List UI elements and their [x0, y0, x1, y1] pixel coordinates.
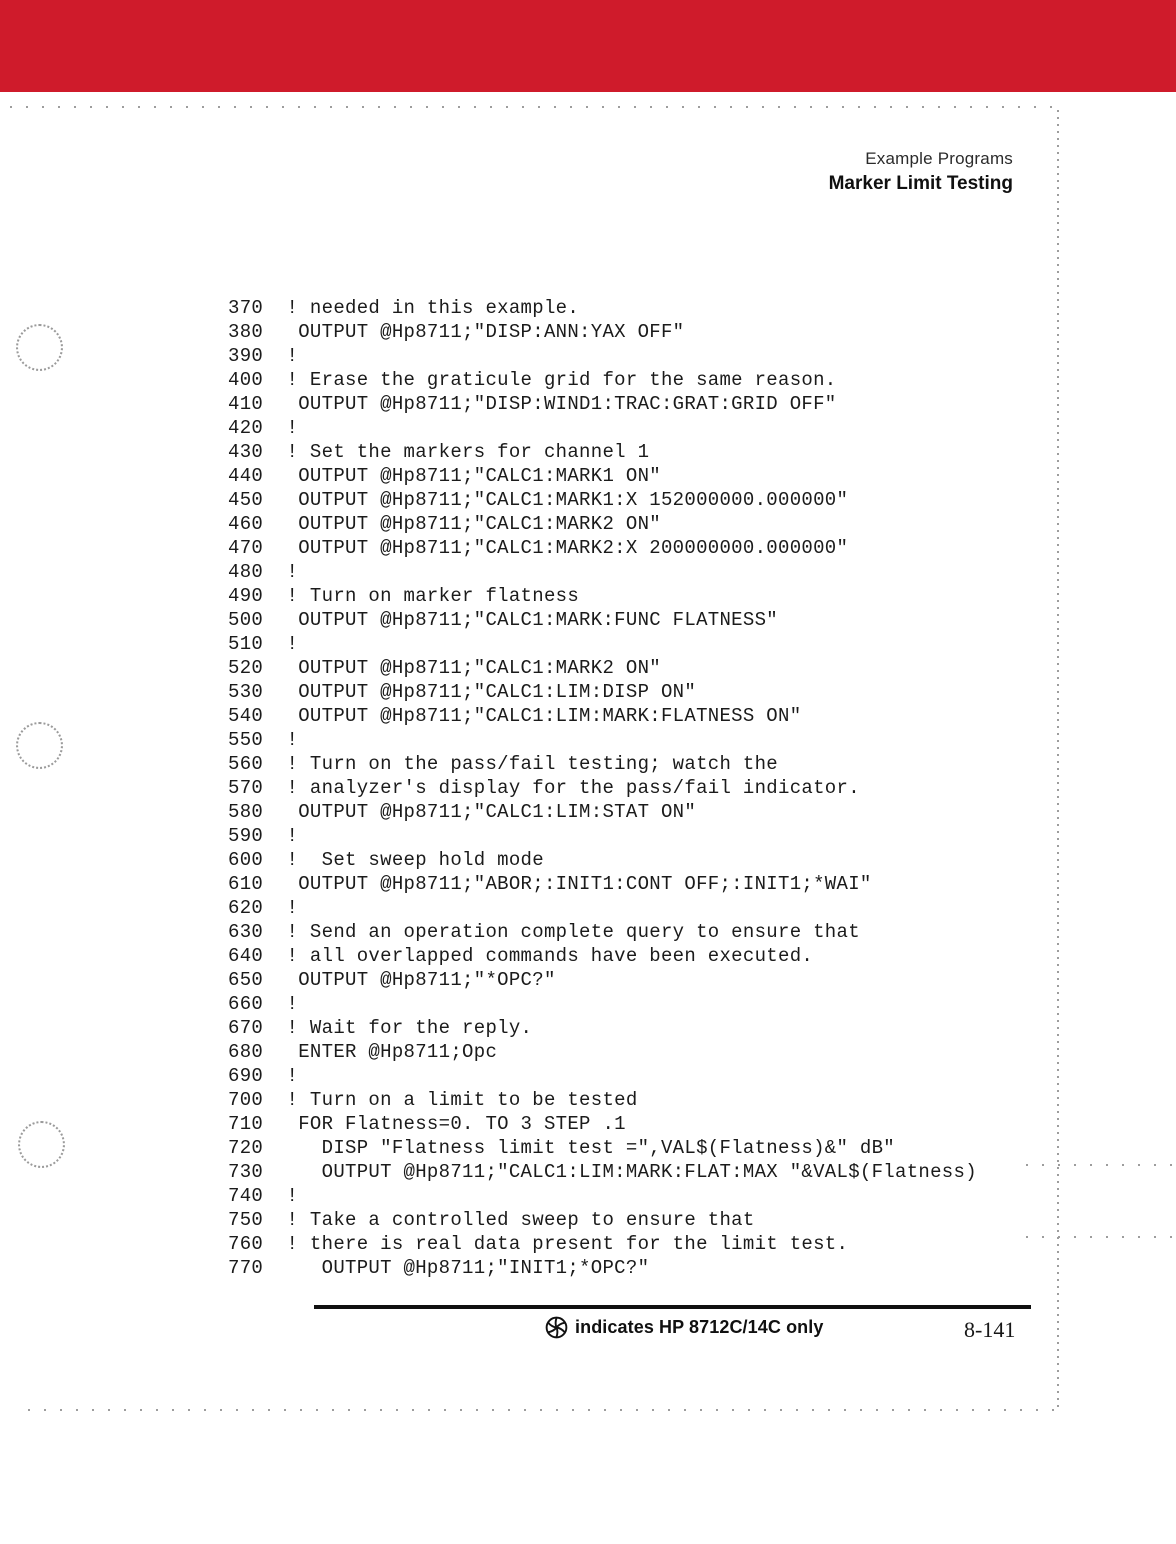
code-line: 450 OUTPUT @Hp8711;"CALC1:MARK1:X 152000… — [228, 488, 977, 512]
page-number: 8-141 — [964, 1317, 1015, 1343]
code-line: 640 ! all overlapped commands have been … — [228, 944, 977, 968]
punch-hole-bottom — [18, 1121, 65, 1168]
right-vertical-dotted-rule — [1057, 110, 1059, 1410]
footer-note-text: indicates HP 8712C/14C only — [575, 1317, 823, 1338]
code-line: 590 ! — [228, 824, 977, 848]
code-line: 460 OUTPUT @Hp8711;"CALC1:MARK2 ON" — [228, 512, 977, 536]
code-line: 720 DISP "Flatness limit test =",VAL$(Fl… — [228, 1136, 977, 1160]
code-line: 580 OUTPUT @Hp8711;"CALC1:LIM:STAT ON" — [228, 800, 977, 824]
code-line: 430 ! Set the markers for channel 1 — [228, 440, 977, 464]
header-chapter-title: Marker Limit Testing — [829, 172, 1013, 195]
code-line: 370 ! needed in this example. — [228, 296, 977, 320]
code-line: 500 OUTPUT @Hp8711;"CALC1:MARK:FUNC FLAT… — [228, 608, 977, 632]
header-section-label: Example Programs — [829, 148, 1013, 169]
code-line: 660 ! — [228, 992, 977, 1016]
code-line: 380 OUTPUT @Hp8711;"DISP:ANN:YAX OFF" — [228, 320, 977, 344]
code-line: 550 ! — [228, 728, 977, 752]
top-banner — [0, 0, 1176, 92]
pinwheel-icon — [545, 1316, 568, 1339]
top-dotted-rule — [10, 106, 1056, 108]
code-line: 570 ! analyzer's display for the pass/fa… — [228, 776, 977, 800]
code-listing: 370 ! needed in this example.380 OUTPUT … — [228, 296, 977, 1280]
code-line: 540 OUTPUT @Hp8711;"CALC1:LIM:MARK:FLATN… — [228, 704, 977, 728]
footer-rule — [314, 1305, 1031, 1309]
code-line: 750 ! Take a controlled sweep to ensure … — [228, 1208, 977, 1232]
code-line: 400 ! Erase the graticule grid for the s… — [228, 368, 977, 392]
code-line: 690 ! — [228, 1064, 977, 1088]
code-line: 520 OUTPUT @Hp8711;"CALC1:MARK2 ON" — [228, 656, 977, 680]
code-line: 770 OUTPUT @Hp8711;"INIT1;*OPC?" — [228, 1256, 977, 1280]
code-line: 490 ! Turn on marker flatness — [228, 584, 977, 608]
code-line: 530 OUTPUT @Hp8711;"CALC1:LIM:DISP ON" — [228, 680, 977, 704]
code-line: 700 ! Turn on a limit to be tested — [228, 1088, 977, 1112]
code-line: 760 ! there is real data present for the… — [228, 1232, 977, 1256]
right-dotted-rule-1 — [1026, 1164, 1176, 1166]
footer-note: indicates HP 8712C/14C only — [545, 1316, 823, 1339]
code-line: 630 ! Send an operation complete query t… — [228, 920, 977, 944]
code-line: 740 ! — [228, 1184, 977, 1208]
code-line: 470 OUTPUT @Hp8711;"CALC1:MARK2:X 200000… — [228, 536, 977, 560]
code-line: 620 ! — [228, 896, 977, 920]
code-line: 600 ! Set sweep hold mode — [228, 848, 977, 872]
code-line: 410 OUTPUT @Hp8711;"DISP:WIND1:TRAC:GRAT… — [228, 392, 977, 416]
punch-hole-middle — [16, 722, 63, 769]
code-line: 390 ! — [228, 344, 977, 368]
code-line: 680 ENTER @Hp8711;Opc — [228, 1040, 977, 1064]
code-line: 650 OUTPUT @Hp8711;"*OPC?" — [228, 968, 977, 992]
code-line: 480 ! — [228, 560, 977, 584]
code-line: 440 OUTPUT @Hp8711;"CALC1:MARK1 ON" — [228, 464, 977, 488]
code-line: 710 FOR Flatness=0. TO 3 STEP .1 — [228, 1112, 977, 1136]
right-dotted-rule-2 — [1026, 1236, 1176, 1238]
code-line: 510 ! — [228, 632, 977, 656]
page-header: Example Programs Marker Limit Testing — [829, 148, 1013, 195]
code-line: 420 ! — [228, 416, 977, 440]
manual-page: Example Programs Marker Limit Testing 37… — [0, 0, 1176, 1544]
code-line: 730 OUTPUT @Hp8711;"CALC1:LIM:MARK:FLAT:… — [228, 1160, 977, 1184]
code-line: 610 OUTPUT @Hp8711;"ABOR;:INIT1:CONT OFF… — [228, 872, 977, 896]
bottom-dotted-rule — [28, 1409, 1058, 1411]
code-line: 560 ! Turn on the pass/fail testing; wat… — [228, 752, 977, 776]
punch-hole-top — [16, 324, 63, 371]
code-line: 670 ! Wait for the reply. — [228, 1016, 977, 1040]
